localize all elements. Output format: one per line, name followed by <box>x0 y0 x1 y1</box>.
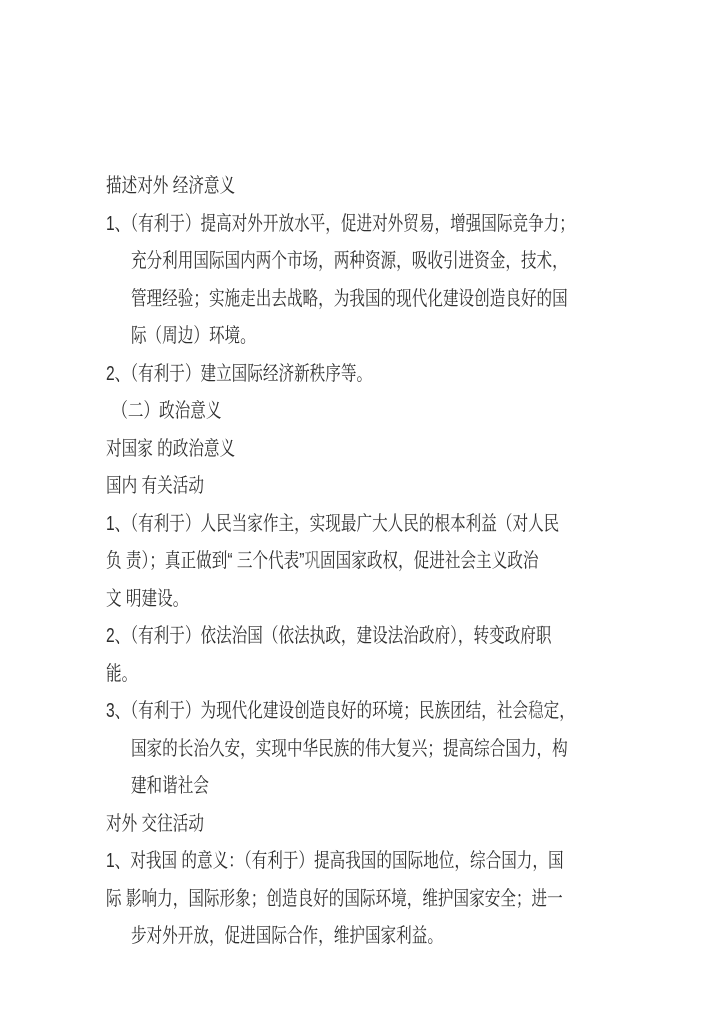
text-segment: 对外 交往活动 <box>106 813 204 835</box>
text-segment: 国家的长治久安，实现中华民族的伟大复兴；提高综合国力，构 <box>131 738 568 760</box>
text-line: 国内 有关活动 <box>106 468 652 506</box>
text-line: 管理经验；实施走出去战略，为我国的现代化建设创造良好的国 <box>131 281 652 319</box>
text-line: 2、（有利于）建立国际经济新秩序等。 <box>106 356 652 394</box>
text-line: 国家的长治久安，实现中华民族的伟大复兴；提高综合国力，构 <box>131 731 652 769</box>
text-segment: 负 责）；真正做到“ 三个代表” <box>106 550 304 572</box>
text-line: 建和谐社会 <box>131 768 652 806</box>
text-segment: 2、（有利于）依法治国（依法执政，建设法治政府），转变政府职 <box>106 625 551 647</box>
text-segment: 3、（有利于）为现代化建设创造良好的环境；民族团结，社会 <box>106 700 528 722</box>
document-text: 描述对外 经济意义1、（有利于）提高对外开放水平，促进对外贸易，增强国际竞争力；… <box>106 168 652 956</box>
text-segment: 定， <box>544 700 575 722</box>
text-line: 1、（有利于）提高对外开放水平，促进对外贸易，增强国际竞争力； <box>106 206 652 244</box>
document-page: 描述对外 经济意义1、（有利于）提高对外开放水平，促进对外贸易，增强国际竞争力；… <box>0 0 720 1019</box>
text-segment: 国内 有关活动 <box>106 475 204 497</box>
text-segment: 充分利用国际国内两个市场，两种资源，吸收引进资金，技术， <box>131 250 568 272</box>
text-segment: 文 明建设。 <box>106 588 188 610</box>
text-segment: 际（周边）环境。 <box>131 325 256 347</box>
text-segment: 管理经验；实施走出去战略，为我国的现代化建设创造良好的国 <box>131 288 568 310</box>
text-line: 3、（有利于）为现代化建设创造良好的环境；民族团结，社会稳定， <box>106 693 652 731</box>
alt-font-glyph: 稳 <box>528 700 544 722</box>
text-line: 文 明建设。 <box>106 581 652 619</box>
text-line: 步对外开放，促进国际合作，维护国家利益。 <box>131 918 652 956</box>
text-line: 1、对我国 的意义：（有利于）提高我国的国际地位，综合国力，国 <box>106 843 652 881</box>
text-line: （二）政治意义 <box>112 393 652 431</box>
text-segment: 1、对我国 的意义：（有利于）提高我国的国际地位，综合国力，国 <box>106 850 564 872</box>
text-segment: 1、（有利于）人民当家作主，实现最广大人民的根本利益（对人民 <box>106 513 559 535</box>
alt-font-glyph: 巩 <box>304 550 320 572</box>
text-line: 能。 <box>106 656 652 694</box>
text-segment: 1、（有利于）提高对外开放水平，促进对外贸易，增强国际竞争力； <box>106 213 575 235</box>
text-line: 2、（有利于）依法治国（依法执政，建设法治政府），转变政府职 <box>106 618 652 656</box>
text-line: 际（周边）环境。 <box>131 318 652 356</box>
text-segment: 际 影响力，国际形象；创造良好的国际环境，维护国家安全；进一 <box>106 888 563 910</box>
text-segment: 能。 <box>106 663 137 685</box>
text-segment: 建和谐社会 <box>131 775 209 797</box>
text-segment: 描述对外 经济意义 <box>106 175 235 197</box>
text-segment: 对国家 的政治意义 <box>106 438 235 460</box>
text-line: 对国家 的政治意义 <box>106 431 652 469</box>
text-line: 际 影响力，国际形象；创造良好的国际环境，维护国家安全；进一 <box>106 881 652 919</box>
text-line: 负 责）；真正做到“ 三个代表”巩固国家政权，促进社会主义政治 <box>106 543 652 581</box>
text-line: 描述对外 经济意义 <box>106 168 652 206</box>
text-line: 1、（有利于）人民当家作主，实现最广大人民的根本利益（对人民 <box>106 506 652 544</box>
text-segment: 步对外开放，促进国际合作，维护国家利益。 <box>131 925 443 947</box>
text-segment: 2、（有利于）建立国际经济新秩序等。 <box>106 363 372 385</box>
text-line: 对外 交往活动 <box>106 806 652 844</box>
text-segment: （二）政治意义 <box>112 400 221 422</box>
text-segment: 固国家政权，促进社会主义政治 <box>320 550 538 572</box>
text-line: 充分利用国际国内两个市场，两种资源，吸收引进资金，技术， <box>131 243 652 281</box>
